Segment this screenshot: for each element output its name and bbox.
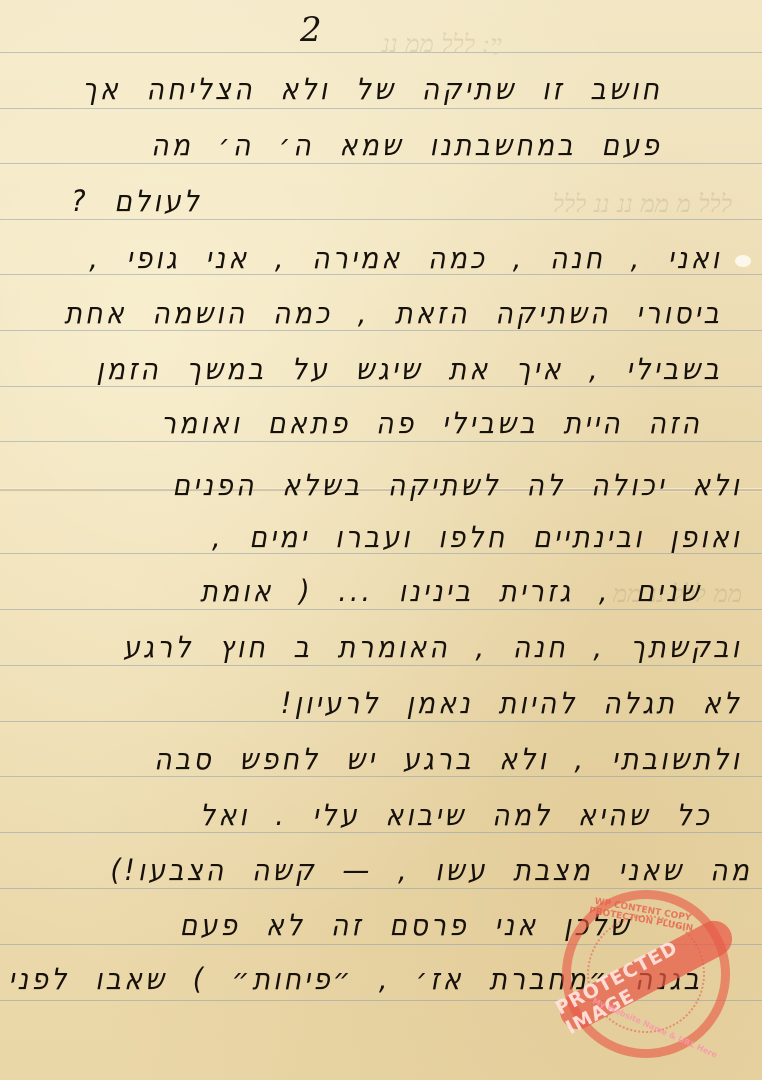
handwritten-line: פעם במחשבתנו שמא ה׳ ה׳ מה [151,128,662,162]
ruled-line [0,721,762,722]
ruled-line [0,52,762,53]
protected-image-watermark-stamp: WP CONTENT COPY PROTECTION PLUGIN PROTEC… [556,884,735,1063]
handwritten-line: חושב זו שתיקה של ולא הצליחה אך [82,72,662,106]
handwritten-line: ולא יכולה לה לשתיקה בשלא הפנים [172,468,742,502]
handwritten-line: כל שהיא למה שיבוא עלי . ואל [200,798,712,832]
ruled-line [0,888,762,889]
scanned-letter-page: ײַ ׃ ללל ממ ננ ללל מ ממ ננ ננ ללל ממ ללל… [0,0,762,1080]
ruled-line [0,665,762,666]
handwritten-line: שנים , גזרית בינינו ... ( אומת [200,574,702,608]
handwritten-line: מה שאני מצבת עשו , — קשה הצבעו!) [110,853,752,887]
ruled-line [0,219,762,220]
ruled-line [0,441,762,442]
handwritten-line: ובקשתך , חנה , האומרת ב חוץ לרגע [123,630,742,664]
handwritten-line: ולתשובתי , ולא ברגע יש לחפש סבה [154,742,742,776]
bleed-through-text: ללל מ ממ ננ ננ ללל [553,190,732,219]
handwritten-line: ביסורי השתיקה הזאת , כמה הושמה אחת [64,296,722,330]
bleed-through-text: ײַ ׃ ללל ממ ננ [382,30,502,59]
ruled-line [0,163,762,164]
handwritten-line: לא תגלה להיות נאמן לרעיון! [281,686,742,720]
page-number: 2 [300,10,322,50]
ruled-line [0,609,762,610]
paper-tear-hole [735,255,751,267]
handwritten-line: בשבילי , איך את שיגש על במשך הזמן [96,352,722,386]
handwritten-line: לעולם ? [71,184,202,218]
handwritten-line: שלכן אני פרסם זה לא פעם [179,908,632,942]
handwritten-line: הזה היית בשבילי פה פתאם ואומר [161,406,702,440]
ruled-line [0,108,762,109]
handwritten-line: ואופן ובינתיים חלפו ועברו ימים , [212,520,742,554]
handwritten-line: ואני , חנה , כמה אמירה , אני גופי , [89,241,722,275]
